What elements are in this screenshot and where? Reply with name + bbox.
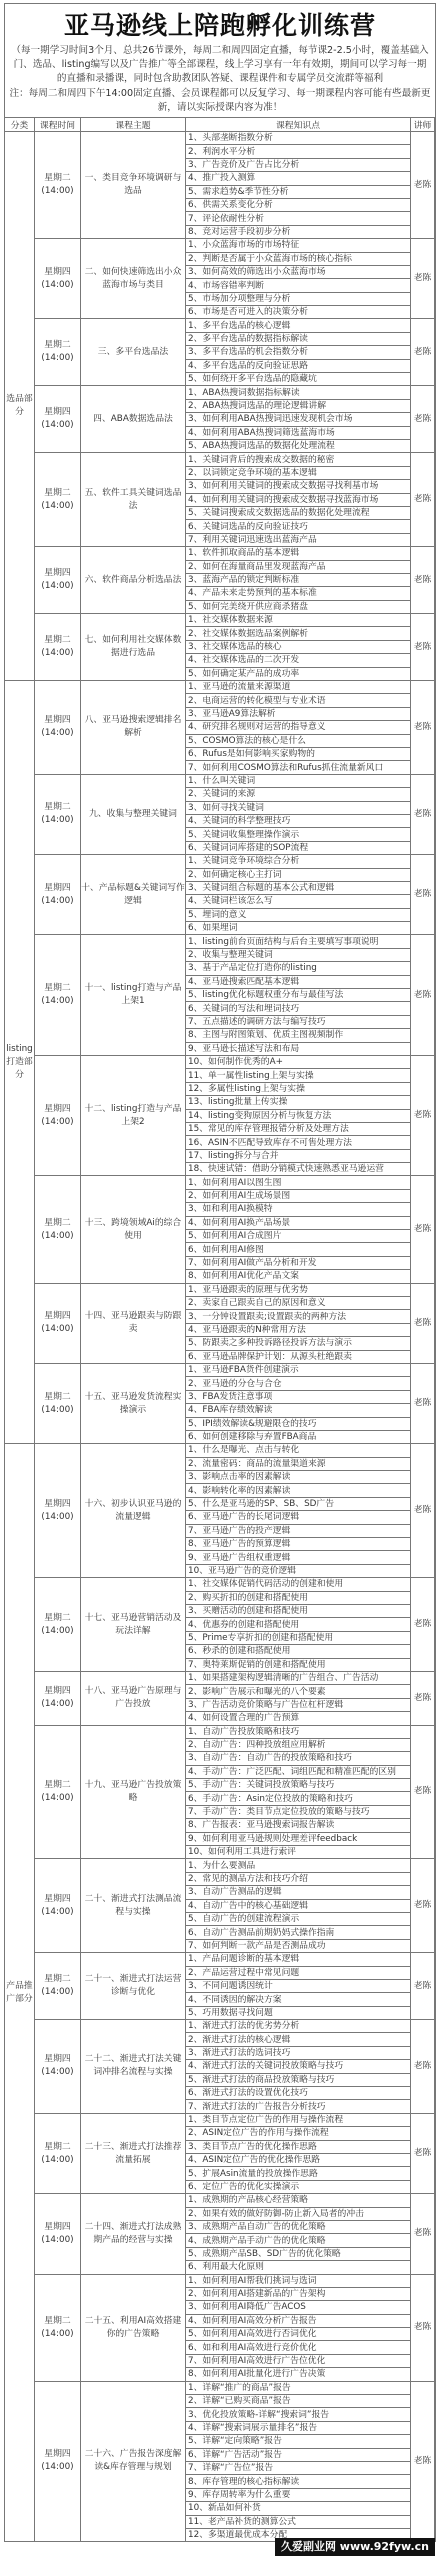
table-row: 星期四 (14:00)二十六、广告报告深度解读&库存管理与规划1、详解“推广的商… <box>5 2381 435 2394</box>
session-teacher: 老陈 <box>411 547 435 614</box>
session-topic: 一、类目竞争环境调研与选品 <box>81 132 186 239</box>
knowledge-point: 2、购买折扣的创建和搭配使用 <box>186 1591 411 1604</box>
knowledge-point: 3、广告活动竞价策略与广告位杠杆逻辑 <box>186 1698 411 1711</box>
knowledge-point: 1、社交媒体数据来源 <box>186 614 411 627</box>
knowledge-point: 3、如何高效的筛选出小众蓝海市场 <box>186 265 411 278</box>
session-topic: 十七、亚马逊营销活动及玩法详解 <box>81 1578 186 1672</box>
knowledge-point: 1、listing前台页面结构与后台主要填写事项说明 <box>186 935 411 948</box>
knowledge-point: 5、需求趋势&季节性分析 <box>186 185 411 198</box>
header-category: 分类 <box>5 118 35 132</box>
session-topic: 十三、跨境领域Ai的综合使用 <box>81 1176 186 1283</box>
session-time: 星期二 (14:00) <box>35 132 81 239</box>
knowledge-point: 3、蓝海产品的锁定判断标准 <box>186 573 411 586</box>
knowledge-point: 4、产品未来走势预判的基本标准 <box>186 587 411 600</box>
category-cell: listing打造部分 <box>5 681 35 1444</box>
knowledge-point: 9、亚马逊长描述写法和布局 <box>186 1042 411 1055</box>
table-row: 星期四 (14:00)十二、listing打造与产品上架210、如何制作优秀的A… <box>5 1055 435 1068</box>
knowledge-point: 1、亚马逊FBA货件创建演示 <box>186 1363 411 1376</box>
knowledge-point: 6、关键词选品的反向验证技巧 <box>186 520 411 533</box>
category-label: listing打造部分 <box>5 1043 34 1082</box>
knowledge-point: 1、关键词背后的搜索成交数据的秘密 <box>186 453 411 466</box>
session-time: 星期四 (14:00) <box>35 1055 81 1176</box>
knowledge-point: 4、社交媒体选品的二次开发 <box>186 654 411 667</box>
knowledge-point: 6、渐进式打法的设置优化技巧 <box>186 2087 411 2100</box>
session-time: 星期四 (14:00) <box>35 239 81 319</box>
knowledge-point: 12、多属性listing上架与实操 <box>186 1082 411 1095</box>
session-topic: 十一、listing打造与产品上架1 <box>81 935 186 1056</box>
knowledge-point: 8、如何利用AI批量化进行广告决策 <box>186 2368 411 2381</box>
session-teacher: 老陈 <box>411 453 435 547</box>
knowledge-point: 2、如果有效的做好防御-防止新入局者的冲击 <box>186 2207 411 2220</box>
table-row: 星期二 (14:00)二十五、利用AI高效搭建你的广告策略1、如何利用AI帮我们… <box>5 2274 435 2287</box>
knowledge-point: 3、自动广告测品的逻辑 <box>186 1886 411 1899</box>
knowledge-point: 4、如何利用AI高效分析广告报告 <box>186 2314 411 2327</box>
knowledge-point: 2、判断是否属于小众蓝海市场的核心指标 <box>186 252 411 265</box>
knowledge-point: 7、详解“广告位”报告 <box>186 2461 411 2474</box>
knowledge-point: 2、利润水平分析 <box>186 145 411 158</box>
table-row: 星期四 (14:00)二十二、渐进式打法关键词冲排名流程与实操1、渐进式打法的优… <box>5 2020 435 2033</box>
session-teacher: 老陈 <box>411 1283 435 1363</box>
knowledge-point: 3、如何寻找关键词 <box>186 801 411 814</box>
knowledge-point: 2、卖家自己跟卖自己的原因和意义 <box>186 1297 411 1310</box>
knowledge-point: 2、电商运营的转化模型与专业术语 <box>186 694 411 707</box>
knowledge-point: 2、影响广告展示和曝光的八个要素 <box>186 1685 411 1698</box>
knowledge-point: 2、以词锁定竞争环境的基本逻辑 <box>186 466 411 479</box>
knowledge-point: 2、ASIN定位广告的作用与操作流程 <box>186 2127 411 2140</box>
table-row: 星期二 (14:00)十五、亚马逊发货流程实操演示1、亚马逊FBA货件创建演示老… <box>5 1363 435 1376</box>
knowledge-point: 2、流量密码：商品的流量渠道来源 <box>186 1457 411 1470</box>
session-topic: 二十五、利用AI高效搭建你的广告策略 <box>81 2274 186 2381</box>
session-topic: 九、收集与整理关键词 <box>81 774 186 854</box>
table-row: 选品部分星期二 (14:00)一、类目竞争环境调研与选品1、头部垄断指数分析老陈 <box>5 132 435 145</box>
session-teacher: 老陈 <box>411 1671 435 1725</box>
session-topic: 十八、亚马逊广告原理与广告投放 <box>81 1671 186 1725</box>
session-time: 星期二 (14:00) <box>35 453 81 547</box>
knowledge-point: 3、FBA发货注意事项 <box>186 1390 411 1403</box>
session-time: 星期二 (14:00) <box>35 1176 81 1283</box>
knowledge-point: 6、手动广告：Asin定位投放的策略和技巧 <box>186 1792 411 1805</box>
knowledge-point: 14、listing变狗原因分析与恢复方法 <box>186 1109 411 1122</box>
knowledge-point: 3、类目节点广告的优化操作思路 <box>186 2140 411 2153</box>
knowledge-point: 7、亚马逊广告的投产逻辑 <box>186 1524 411 1537</box>
table-row: listing打造部分星期四 (14:00)八、亚马逊搜索逻辑排名解析1、亚马逊… <box>5 681 435 694</box>
knowledge-point: 3、如何利用AI降低广告ACOS <box>186 2301 411 2314</box>
knowledge-point: 2、如何确定核心主打词 <box>186 868 411 881</box>
session-time: 星期四 (14:00) <box>35 1671 81 1725</box>
session-time: 星期二 (14:00) <box>35 614 81 681</box>
session-teacher: 老陈 <box>411 614 435 681</box>
knowledge-point: 7、如何判断一款产品是否测品成功 <box>186 1939 411 1952</box>
session-topic: 二十六、广告报告深度解读&库存管理与规划 <box>81 2381 186 2542</box>
knowledge-point: 5、渐进式打法的商品投放策略与技巧 <box>186 2073 411 2086</box>
table-row: 星期四 (14:00)二十四、渐进式打法成熟期产品的经营与实操1、成熟期的产品核… <box>5 2194 435 2207</box>
knowledge-point: 4、如何利用ABA热搜词筛选蓝海市场 <box>186 426 411 439</box>
knowledge-point: 2、产品运营过程中常见问题 <box>186 1966 411 1979</box>
knowledge-point: 5、如何确定某产品的成功率 <box>186 667 411 680</box>
knowledge-point: 4、成熟期产品手动广告的优化策略 <box>186 2234 411 2247</box>
knowledge-point: 8、如何利用AI优化产品文案 <box>186 1270 411 1283</box>
table-row: 星期二 (14:00)十七、亚马逊营销活动及玩法详解1、社交媒体促销代码活动的创… <box>5 1578 435 1591</box>
knowledge-point: 1、如何利用AI以图生图 <box>186 1176 411 1189</box>
knowledge-point: 1、什么是曝光、点击与转化 <box>186 1444 411 1457</box>
knowledge-point: 1、ABA热搜词数据指标解读 <box>186 386 411 399</box>
session-time: 星期四 (14:00) <box>35 1283 81 1363</box>
knowledge-point: 7、奥特莱斯促销的创建和搭配使用 <box>186 1658 411 1671</box>
knowledge-point: 5、ABA热搜词选品的数据化处理流程 <box>186 440 411 453</box>
session-time: 星期二 (14:00) <box>35 1953 81 2020</box>
category-label: 产品推广部分 <box>5 1980 34 2006</box>
knowledge-point: 2、详解“已购买商品”报告 <box>186 2395 411 2408</box>
header-points: 课程知识点 <box>186 118 411 132</box>
knowledge-point: 1、亚马逊跟卖的原理与优劣势 <box>186 1283 411 1296</box>
session-teacher: 老陈 <box>411 239 435 319</box>
knowledge-point: 4、优惠券的创建和搭配使用 <box>186 1618 411 1631</box>
table-row: 星期四 (14:00)二十、渐进式打法测品流程与实操1、为什么要测品老陈 <box>5 1859 435 1872</box>
session-time: 星期四 (14:00) <box>35 2194 81 2274</box>
knowledge-point: 6、供需关系变化分析 <box>186 198 411 211</box>
knowledge-point: 4、多平台选品的反向验证思路 <box>186 359 411 372</box>
session-topic: 八、亚马逊搜索逻辑排名解析 <box>81 681 186 775</box>
table-row: 星期二 (14:00)十一、listing打造与产品上架11、listing前台… <box>5 935 435 948</box>
session-time: 星期四 (14:00) <box>35 2381 81 2542</box>
knowledge-point: 5、COSMO算法的核心是什么 <box>186 734 411 747</box>
session-teacher: 老陈 <box>411 1363 435 1443</box>
table-row: 星期四 (14:00)十四、亚马逊跟卖与防跟卖1、亚马逊跟卖的原理与优劣势老陈 <box>5 1283 435 1296</box>
knowledge-point: 4、关键词的科学整理技巧 <box>186 814 411 827</box>
table-row: 星期二 (14:00)五、软件工具关键词选品法1、关键词背后的搜索成交数据的秘密… <box>5 453 435 466</box>
intro-text: （每一期学习时间3个月、总共26节课外，每周二和周四固定直播，每节课2-2.5小… <box>5 44 435 87</box>
session-teacher: 老陈 <box>411 1176 435 1283</box>
knowledge-point: 2、多平台选品的数据指标解读 <box>186 332 411 345</box>
knowledge-point: 8、竞对运营手段初步分析 <box>186 225 411 238</box>
knowledge-point: 7、五点描述的调研方法与编写技巧 <box>186 1015 411 1028</box>
session-teacher: 老陈 <box>411 2381 435 2542</box>
knowledge-point: 11、老产品补货的测算公式 <box>186 2515 411 2528</box>
knowledge-point: 5、埋词的意义 <box>186 908 411 921</box>
knowledge-point: 6、亚马逊广告的长尾词逻辑 <box>186 1511 411 1524</box>
session-topic: 二十二、渐进式打法关键词冲排名流程与实操 <box>81 2020 186 2114</box>
knowledge-point: 5、详解“定向策略”报告 <box>186 2435 411 2448</box>
knowledge-point: 6、秒杀的创建和搭配使用 <box>186 1645 411 1658</box>
knowledge-point: 4、如何利用AI换产品场景 <box>186 1216 411 1229</box>
knowledge-point: 1、如何利用AI帮我们挑词与选词 <box>186 2274 411 2287</box>
knowledge-point: 7、利用关键词迅速选出蓝海产品 <box>186 533 411 546</box>
knowledge-point: 6、市场是否可进入的决策分析 <box>186 306 411 319</box>
table-row: 星期四 (14:00)二、如何快速筛选出小众蓝海市场与类目1、小众蓝海市场的市场… <box>5 239 435 252</box>
knowledge-point: 2、社交媒体数据选品案例解析 <box>186 627 411 640</box>
knowledge-point: 3、不同问题诱因统计 <box>186 1979 411 1992</box>
knowledge-point: 4、手动广告：广泛匹配、词组匹配和精准匹配的区别 <box>186 1765 411 1778</box>
knowledge-point: 6、定位广告的优化实操演示 <box>186 2180 411 2193</box>
table-row: 产品推广部分星期四 (14:00)十六、初步认识亚马逊的流量逻辑1、什么是曝光、… <box>5 1444 435 1457</box>
knowledge-point: 3、多平台选品的机会指数分析 <box>186 346 411 359</box>
knowledge-point: 5、如何完美绕开供应商杀猪盘 <box>186 600 411 613</box>
knowledge-point: 1、详解“推广的商品”报告 <box>186 2381 411 2394</box>
knowledge-point: 6、如和利用AI高效进行竞价优化 <box>186 2341 411 2354</box>
session-teacher: 老陈 <box>411 1578 435 1672</box>
knowledge-point: 6、详解“广告活动”报告 <box>186 2448 411 2461</box>
session-teacher: 老陈 <box>411 1055 435 1176</box>
knowledge-point: 2、亚马逊的分仓与合仓 <box>186 1377 411 1390</box>
knowledge-point: 5、listing优化标题权重分布与最佳写法 <box>186 989 411 1002</box>
knowledge-point: 4、详解“搜索词展示量排名”报告 <box>186 2421 411 2434</box>
knowledge-point: 4、影响转化率的因素解读 <box>186 1484 411 1497</box>
session-time: 星期二 (14:00) <box>35 2274 81 2381</box>
table-row: 星期二 (14:00)十九、亚马逊广告投放策略1、自动广告投放策略和技巧老陈 <box>5 1725 435 1738</box>
knowledge-point: 3、优化投放策略-详解“搜索词”报告 <box>186 2408 411 2421</box>
session-time: 星期四 (14:00) <box>35 855 81 935</box>
course-sheet: 亚马逊线上陪跑孵化训练营 （每一期学习时间3个月、总共26节课外，每周二和周四固… <box>4 3 436 2542</box>
knowledge-point: 6、如果埋词 <box>186 922 411 935</box>
table-row: 星期四 (14:00)六、软件商品分析选品法1、软件抓取商品的基本逻辑老陈 <box>5 547 435 560</box>
knowledge-point: 3、如何利用关键词的搜索成交数据寻找利基市场 <box>186 480 411 493</box>
knowledge-point: 5、防跟卖之多种投诉路径投诉方法与演示 <box>186 1337 411 1350</box>
knowledge-point: 5、成熟期产品SB、SD广告的优化策略 <box>186 2247 411 2260</box>
knowledge-point: 18、快速试错：借助分销模式快速熟悉亚马逊运营 <box>186 1163 411 1176</box>
session-topic: 十六、初步认识亚马逊的流量逻辑 <box>81 1444 186 1578</box>
table-row: 星期二 (14:00)九、收集与整理关键词1、什么叫关键词老陈 <box>5 774 435 787</box>
header-teacher: 讲师 <box>411 118 435 132</box>
session-time: 星期二 (14:00) <box>35 1363 81 1443</box>
session-time: 星期二 (14:00) <box>35 935 81 1056</box>
knowledge-point: 4、自动广告中的核心基础逻辑 <box>186 1899 411 1912</box>
session-teacher: 老陈 <box>411 935 435 1056</box>
session-topic: 十九、亚马逊广告投放策略 <box>81 1725 186 1859</box>
knowledge-point: 1、社交媒体促销代码活动的创建和使用 <box>186 1578 411 1591</box>
category-label: 选品部分 <box>5 393 34 419</box>
knowledge-point: 10、如何制作优秀的A+ <box>186 1055 411 1068</box>
knowledge-point: 7、手动广告：类目节点定位投放的策略与技巧 <box>186 1805 411 1818</box>
knowledge-point: 5、如何绕开多平台选品的隐藏坑 <box>186 373 411 386</box>
knowledge-point: 1、自动广告投放策略和技巧 <box>186 1725 411 1738</box>
session-teacher: 老陈 <box>411 1859 435 1953</box>
knowledge-point: 2、自动广告：四种投放组应用解析 <box>186 1738 411 1751</box>
knowledge-point: 5、如何利用AI合成图片 <box>186 1230 411 1243</box>
knowledge-point: 8、亚马逊广告的预算逻辑 <box>186 1538 411 1551</box>
knowledge-point: 4、亚马逊跟卖的N种常用方法 <box>186 1323 411 1336</box>
knowledge-point: 5、巧用数据寻找问题 <box>186 2006 411 2019</box>
knowledge-point: 8、主图与附图策划、优质主图视频制作 <box>186 1029 411 1042</box>
knowledge-point: 6、Rufus是如何影响买家购物的 <box>186 747 411 760</box>
knowledge-point: 16、ASIN不匹配导致库存不可售处理方法 <box>186 1136 411 1149</box>
knowledge-point: 1、如果搭建架构逻辑清晰的广告组合、广告活动 <box>186 1671 411 1684</box>
knowledge-point: 4、FBA库存绩效解读 <box>186 1404 411 1417</box>
knowledge-point: 6、亚马逊品牌保护计划：从源头杜绝跟卖 <box>186 1350 411 1363</box>
knowledge-point: 10、如何利用工具进行索评 <box>186 1846 411 1859</box>
knowledge-point: 7、如何利用COSMO算法和Rufus抓住流量新风口 <box>186 761 411 774</box>
knowledge-point: 3、社交媒体选品的核心 <box>186 640 411 653</box>
table-row: 星期二 (14:00)二十三、渐进式打法推荐流量拓展1、类目节点定位广告的作用与… <box>5 2113 435 2126</box>
knowledge-point: 6、利用最大化原则 <box>186 2261 411 2274</box>
knowledge-point: 3、影响点击率的因素解读 <box>186 1471 411 1484</box>
session-topic: 二十三、渐进式打法推荐流量拓展 <box>81 2113 186 2193</box>
knowledge-point: 3、广告竞价及广告占比分析 <box>186 158 411 171</box>
session-teacher: 老陈 <box>411 2113 435 2193</box>
knowledge-point: 5、市场加分项整理与分析 <box>186 292 411 305</box>
header-time: 课程时间 <box>35 118 81 132</box>
knowledge-point: 3、渐进式打法的选词技巧 <box>186 2046 411 2059</box>
knowledge-point: 6、关键词的写法和埋词技巧 <box>186 1002 411 1015</box>
table-row: 星期二 (14:00)二十一、渐进式打法运营诊断与优化1、产品问题诊断的基本逻辑… <box>5 1953 435 1966</box>
knowledge-point: 5、关键词收集整理操作演示 <box>186 828 411 841</box>
knowledge-point: 2、ABA热搜词选品的理论逻辑讲解 <box>186 399 411 412</box>
category-cell: 产品推广部分 <box>5 1444 35 2542</box>
knowledge-point: 6、如何利用AI修图 <box>186 1243 411 1256</box>
session-teacher: 老陈 <box>411 2274 435 2381</box>
page-title: 亚马逊线上陪跑孵化训练营 <box>5 8 435 44</box>
knowledge-point: 1、多平台选品的核心逻辑 <box>186 319 411 332</box>
session-topic: 十、产品标题&关键词写作逻辑 <box>81 855 186 935</box>
session-teacher: 老陈 <box>411 386 435 453</box>
knowledge-point: 17、listing拆分与合并 <box>186 1149 411 1162</box>
session-time: 星期二 (14:00) <box>35 2113 81 2193</box>
knowledge-point: 3、关键词组合标题的基本公式和逻辑 <box>186 881 411 894</box>
knowledge-point: 7、如何利用AI高效进行广告位优化 <box>186 2354 411 2367</box>
knowledge-point: 4、亚马逊搜索匹配基本逻辑 <box>186 975 411 988</box>
knowledge-point: 3、如和利用AI换模特 <box>186 1203 411 1216</box>
course-table: 分类 课程时间 课程主题 课程知识点 讲师 选品部分星期二 (14:00)一、类… <box>4 117 435 2542</box>
session-topic: 二十、渐进式打法测品流程与实操 <box>81 1859 186 1953</box>
note-text: 注：每周二和周四下午14:00固定直播、会员课程都可以反复学习、每一期课程内容可… <box>5 87 435 117</box>
knowledge-point: 13、listing批量上传实操 <box>186 1096 411 1109</box>
table-row: 星期二 (14:00)三、多平台选品法1、多平台选品的核心逻辑老陈 <box>5 319 435 332</box>
session-time: 星期四 (14:00) <box>35 547 81 614</box>
table-row: 星期二 (14:00)七、如何利用社交媒体数据进行选品1、社交媒体数据来源老陈 <box>5 614 435 627</box>
knowledge-point: 3、基于产品定位打造你的listing <box>186 962 411 975</box>
knowledge-point: 5、自动广告的创建流程演示 <box>186 1912 411 1925</box>
session-topic: 四、ABA数据选品法 <box>81 386 186 453</box>
knowledge-point: 2、如何在海量商品里发现蓝海产品 <box>186 560 411 573</box>
knowledge-point: 4、关键词栏该怎么写 <box>186 895 411 908</box>
knowledge-point: 1、小众蓝海市场的市场特征 <box>186 239 411 252</box>
session-teacher: 老陈 <box>411 774 435 854</box>
session-teacher: 老陈 <box>411 681 435 775</box>
knowledge-point: 3、自动广告：自动广告的投放策略和技巧 <box>186 1752 411 1765</box>
header-topic: 课程主题 <box>81 118 186 132</box>
knowledge-point: 3、如何利用ABA热搜词迅速发现机会市场 <box>186 413 411 426</box>
knowledge-point: 3、一分钟设置跟卖;设置跟卖的两种方法 <box>186 1310 411 1323</box>
session-topic: 二十一、渐进式打法运营诊断与优化 <box>81 1953 186 2020</box>
knowledge-point: 9、亚马逊广告组权重逻辑 <box>186 1551 411 1564</box>
knowledge-point: 10、亚马逊广告的竞价逻辑 <box>186 1564 411 1577</box>
knowledge-point: 1、类目节点定位广告的作用与操作流程 <box>186 2113 411 2126</box>
table-row: 星期四 (14:00)十、产品标题&关键词写作逻辑1、关键词竞争环境综合分析老陈 <box>5 855 435 868</box>
knowledge-point: 3、成熟期产品自动广告的优化策略 <box>186 2220 411 2233</box>
knowledge-point: 2、常见的测品方法和技巧介绍 <box>186 1872 411 1885</box>
knowledge-point: 1、为什么要测品 <box>186 1859 411 1872</box>
knowledge-point: 1、亚马逊的流量来源渠道 <box>186 681 411 694</box>
knowledge-point: 9、库存周转率为什么重要 <box>186 2488 411 2501</box>
session-time: 星期四 (14:00) <box>35 2020 81 2114</box>
knowledge-point: 6、如何创建移除与弃置FBA商品 <box>186 1430 411 1443</box>
knowledge-point: 1、头部垄断指数分析 <box>186 132 411 145</box>
session-topic: 六、软件商品分析选品法 <box>81 547 186 614</box>
knowledge-point: 7、评论依耐性分析 <box>186 212 411 225</box>
knowledge-point: 1、关键词竞争环境综合分析 <box>186 855 411 868</box>
session-teacher: 老陈 <box>411 319 435 386</box>
session-topic: 三、多平台选品法 <box>81 319 186 386</box>
knowledge-point: 4、ASIN定位广告的优化操作思路 <box>186 2154 411 2167</box>
session-teacher: 老陈 <box>411 1725 435 1859</box>
knowledge-point: 3、亚马逊A9算法解析 <box>186 707 411 720</box>
session-time: 星期二 (14:00) <box>35 774 81 854</box>
knowledge-point: 6、关键词词库搭建的SOP流程 <box>186 841 411 854</box>
knowledge-point: 4、渐进式打法的关键词投放策略与技巧 <box>186 2060 411 2073</box>
session-teacher: 老陈 <box>411 1953 435 2020</box>
knowledge-point: 4、不同诱因的解决方案 <box>186 1993 411 2006</box>
knowledge-point: 9、如何利用亚马逊规则处理差评feedback <box>186 1832 411 1845</box>
table-row: 星期二 (14:00)十三、跨境领域Ai的综合使用1、如何利用AI以图生图老陈 <box>5 1176 435 1189</box>
table-body: 选品部分星期二 (14:00)一、类目竞争环境调研与选品1、头部垄断指数分析老陈… <box>5 132 435 2542</box>
knowledge-point: 4、如何设置合理的广告预算 <box>186 1712 411 1725</box>
session-time: 星期四 (14:00) <box>35 681 81 775</box>
knowledge-point: 15、常见的库存管理报错分析及处理方法 <box>186 1122 411 1135</box>
knowledge-point: 1、产品问题诊断的基本逻辑 <box>186 1953 411 1966</box>
session-topic: 二、如何快速筛选出小众蓝海市场与类目 <box>81 239 186 319</box>
knowledge-point: 2、如何利用AI搭建新品的广告架构 <box>186 2287 411 2300</box>
session-topic: 七、如何利用社交媒体数据进行选品 <box>81 614 186 681</box>
knowledge-point: 1、什么叫关键词 <box>186 774 411 787</box>
knowledge-point: 4、如何利用关键词的搜索成交数据寻找蓝海市场 <box>186 493 411 506</box>
knowledge-point: 5、Prime专享折扣的创建和搭配使用 <box>186 1631 411 1644</box>
knowledge-point: 2、如何利用AI生成场景图 <box>186 1189 411 1202</box>
knowledge-point: 8、库存管理的核心指标解读 <box>186 2475 411 2488</box>
table-row: 星期四 (14:00)十八、亚马逊广告原理与广告投放1、如果搭建架构逻辑清晰的广… <box>5 1671 435 1684</box>
session-time: 星期二 (14:00) <box>35 1578 81 1672</box>
knowledge-point: 7、渐进式打法的广告报告分析技巧 <box>186 2100 411 2113</box>
knowledge-point: 1、渐进式打法的优劣势分析 <box>186 2020 411 2033</box>
knowledge-point: 1、成熟期的产品核心经营策略 <box>186 2194 411 2207</box>
session-time: 星期二 (14:00) <box>35 319 81 386</box>
session-teacher: 老陈 <box>411 1444 435 1578</box>
category-cell: 选品部分 <box>5 132 35 681</box>
session-time: 星期四 (14:00) <box>35 386 81 453</box>
session-topic: 十二、listing打造与产品上架2 <box>81 1055 186 1176</box>
knowledge-point: 3、买赠活动的创建和搭配使用 <box>186 1604 411 1617</box>
session-time: 星期四 (14:00) <box>35 1859 81 1953</box>
knowledge-point: 5、什么是亚马逊的SP、SB、SD广告 <box>186 1497 411 1510</box>
knowledge-point: 4、研究排名规则对运营的指导意义 <box>186 721 411 734</box>
session-time: 星期二 (14:00) <box>35 1725 81 1859</box>
session-topic: 十四、亚马逊跟卖与防跟卖 <box>81 1283 186 1363</box>
knowledge-point: 10、新品如何补货 <box>186 2502 411 2515</box>
session-teacher: 老陈 <box>411 2020 435 2114</box>
table-header-row: 分类 课程时间 课程主题 课程知识点 讲师 <box>5 118 435 132</box>
knowledge-point: 5、扩展Asin流量的投放操作思路 <box>186 2167 411 2180</box>
knowledge-point: 2、收集与整理关键词 <box>186 948 411 961</box>
session-topic: 二十四、渐进式打法成熟期产品的经营与实操 <box>81 2194 186 2274</box>
session-time: 星期四 (14:00) <box>35 1444 81 1578</box>
knowledge-point: 5、手动广告：关键词投放策略与技巧 <box>186 1779 411 1792</box>
knowledge-point: 6、自动广告测品前期奶妈式操作指南 <box>186 1926 411 1939</box>
session-topic: 十五、亚马逊发货流程实操演示 <box>81 1363 186 1443</box>
session-teacher: 老陈 <box>411 2194 435 2274</box>
knowledge-point: 2、关键词的来源 <box>186 788 411 801</box>
site-watermark: 久爱副业网 www.92fyw.cn <box>275 2538 435 2556</box>
knowledge-point: 4、市场容错率判断 <box>186 279 411 292</box>
knowledge-point: 1、软件抓取商品的基本逻辑 <box>186 547 411 560</box>
knowledge-point: 5、关键词搜索成交数据选品的数据化处理流程 <box>186 506 411 519</box>
session-teacher: 老陈 <box>411 855 435 935</box>
knowledge-point: 4、推广投入测算 <box>186 172 411 185</box>
knowledge-point: 5、IPI绩效解读&规避限仓的技巧 <box>186 1417 411 1430</box>
knowledge-point: 8、广告报表：亚马逊搜索词报告解读 <box>186 1819 411 1832</box>
knowledge-point: 5、如何利用AI高效进行否词优化 <box>186 2328 411 2341</box>
session-teacher: 老陈 <box>411 132 435 239</box>
table-row: 星期四 (14:00)四、ABA数据选品法1、ABA热搜词数据指标解读老陈 <box>5 386 435 399</box>
session-topic: 五、软件工具关键词选品法 <box>81 453 186 547</box>
knowledge-point: 11、单一属性listing上架与实操 <box>186 1069 411 1082</box>
